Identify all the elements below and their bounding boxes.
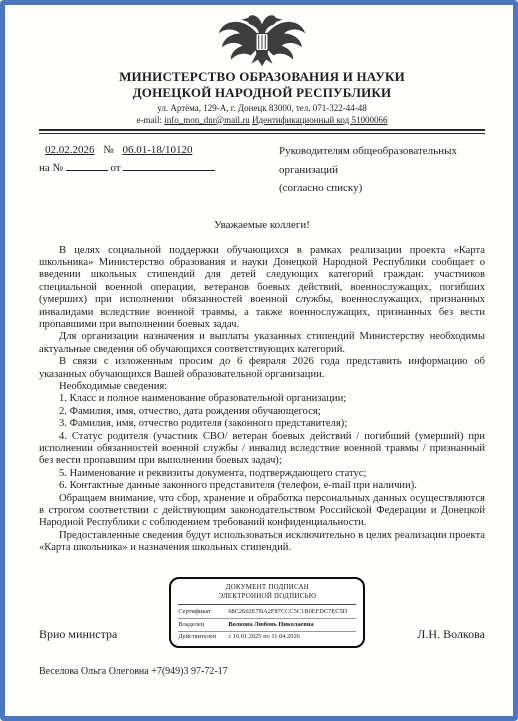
- executor-contact: Веселова Ольга Олеговна +7(949)3 97-72-1…: [39, 666, 485, 677]
- stamp-certificate-row: Сертификат 68C2602E7BA2F87CCC5C1B0EFDC7E…: [178, 607, 356, 620]
- validity-value: с 16.01.2025 по 11.04.2026: [228, 633, 356, 642]
- signer-name: Л.Н. Волкова: [417, 627, 485, 642]
- paragraph: Для организации назначения и выплаты ука…: [39, 331, 485, 356]
- list-item: 3. Фамилия, имя, отчество родителя (зако…: [39, 418, 485, 430]
- document-page: МИНИСТЕРСТВО ОБРАЗОВАНИЯ И НАУКИ ДОНЕЦКО…: [0, 0, 518, 721]
- paragraph: В связи с изложенным просим до 6 февраля…: [39, 356, 485, 381]
- digital-signature-stamp: ДОКУМЕНТ ПОДПИСАН ЭЛЕКТРОННОЙ ПОДПИСЬЮ С…: [169, 577, 365, 649]
- email-link[interactable]: info_mon_dnr@mail.ru: [164, 115, 250, 125]
- ministry-name-line2: ДОНЕЦКОЙ НАРОДНОЙ РЕСПУБЛИКИ: [39, 85, 485, 101]
- ministry-contacts: e-mail: info_mon_dnr@mail.ru Идентификац…: [39, 115, 485, 127]
- signature-area: Врио министра ДОКУМЕНТ ПОДПИСАН ЭЛЕКТРОН…: [39, 577, 485, 649]
- stamp-owner-row: Владелец Волкова Любовь Николаевна: [178, 619, 356, 632]
- list-item: 5. Наименование и реквизиты документа, п…: [39, 468, 485, 480]
- signer-position: Врио министра: [39, 627, 117, 642]
- ministry-address: ул. Артёма, 129-А, г. Донецк 83000, тел.…: [39, 103, 485, 115]
- reply-date-blank: [123, 159, 215, 171]
- list-item: 1. Класс и полное наименование образоват…: [39, 393, 485, 405]
- reply-prefix: на №: [39, 162, 63, 174]
- number-sign: №: [103, 144, 114, 156]
- stamp-divider: [178, 604, 356, 605]
- ministry-name-line1: МИНИСТЕРСТВО ОБРАЗОВАНИЯ И НАУКИ: [39, 69, 485, 85]
- list-item: 4. Статус родителя (участник СВО/ ветера…: [39, 431, 485, 468]
- paragraph: Обращаем внимание, что сбор, хранение и …: [39, 493, 485, 530]
- paragraph: Предоставленные сведения будут использов…: [39, 530, 485, 555]
- list-item: 6. Контактные данные законного представи…: [39, 480, 485, 492]
- reply-ot: от: [111, 162, 121, 174]
- letterhead: МИНИСТЕРСТВО ОБРАЗОВАНИЯ И НАУКИ ДОНЕЦКО…: [39, 11, 485, 134]
- paragraph: В целях социальной поддержки обучающихся…: [39, 245, 485, 332]
- letter-body: В целях социальной поддержки обучающихся…: [39, 245, 485, 555]
- stamp-title-line1: ДОКУМЕНТ ПОДПИСАН: [178, 583, 356, 592]
- list-item: 2. Фамилия, имя, отчество, дата рождения…: [39, 406, 485, 418]
- email-label: e-mail:: [137, 115, 165, 125]
- reply-number-blank: [66, 159, 108, 171]
- header-divider: [39, 129, 485, 134]
- certificate-label: Сертификат: [178, 608, 228, 617]
- certificate-value: 68C2602E7BA2F87CCC5C1B0EFDC7EC5D: [228, 608, 356, 617]
- addressee-line: организаций: [279, 161, 485, 180]
- dnr-coat-of-arms-icon: [213, 11, 311, 69]
- reference-block: 02.02.2026 № 06.01-18/10120 на № от Руко…: [39, 142, 485, 198]
- letter-date: 02.02.2026: [39, 144, 101, 156]
- greeting: Уважаемые коллеги!: [39, 219, 485, 231]
- date-number-line: 02.02.2026 № 06.01-18/10120: [39, 142, 279, 159]
- reply-reference-line: на № от: [39, 159, 279, 177]
- addressee-line: Руководителям общеобразовательных: [279, 142, 485, 161]
- owner-value: Волкова Любовь Николаевна: [228, 621, 356, 630]
- validity-label: Действителен: [178, 633, 228, 642]
- stamp-title-line2: ЭЛЕКТРОННОЙ ПОДПИСЬЮ: [178, 592, 356, 601]
- stamp-validity-row: Действителен с 16.01.2025 по 11.04.2026: [178, 632, 356, 644]
- owner-label: Владелец: [178, 621, 228, 630]
- addressee-block: Руководителям общеобразовательных органи…: [279, 142, 485, 198]
- id-code: Идентификационный код 51000066: [252, 115, 387, 125]
- letter-number: 06.01-18/10120: [117, 144, 199, 156]
- outgoing-reference: 02.02.2026 № 06.01-18/10120 на № от: [39, 142, 279, 198]
- paragraph: Необходимые сведения:: [39, 381, 485, 393]
- addressee-line: (согласно списку): [279, 179, 485, 198]
